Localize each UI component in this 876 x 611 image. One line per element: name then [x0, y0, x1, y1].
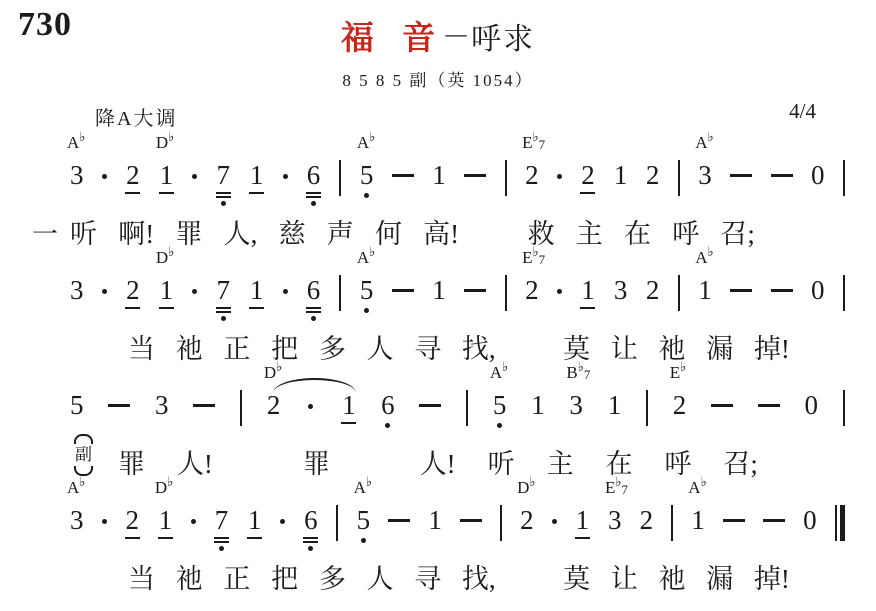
note-7: 7	[216, 275, 231, 321]
chord-label: D♭	[156, 249, 174, 271]
duration-dot	[308, 404, 313, 409]
note-underline	[159, 192, 174, 194]
note-underline	[158, 537, 173, 539]
chord-label: E♭7	[605, 479, 628, 501]
note-1: A♭1	[698, 275, 712, 305]
note-number: 3	[70, 160, 84, 190]
flat-sign: ♭	[707, 130, 713, 143]
lyric-syllable	[516, 557, 542, 596]
note-number: 1	[691, 505, 705, 535]
final-barline	[835, 505, 845, 541]
barline	[240, 390, 242, 426]
hymn-title-main: 福 音	[341, 21, 436, 57]
octave-dot	[221, 316, 226, 321]
note-1: 1	[341, 390, 356, 424]
chord-root: A	[357, 134, 369, 152]
dash-extender	[730, 289, 752, 292]
note-number: 2	[126, 160, 140, 190]
lyric-syllable: 把	[271, 557, 298, 596]
lyric-syllable: 让	[611, 327, 638, 366]
barline	[843, 390, 845, 426]
flat-sign: ♭	[366, 475, 372, 488]
note-underline	[216, 196, 231, 198]
lyric-syllable: 当	[128, 327, 155, 366]
note-number: 1	[531, 390, 545, 420]
note-1: 1	[432, 275, 446, 305]
flat-sign: ♭	[680, 360, 686, 373]
lyric-syllable: 让	[611, 557, 638, 596]
flat-sign: ♭	[79, 130, 85, 143]
lyric-syllable: 罪	[175, 212, 202, 251]
note-2: 2	[125, 505, 140, 539]
lyric-syllable: 正	[223, 327, 250, 366]
note-underline	[125, 192, 140, 194]
note-2: E♭72	[525, 275, 539, 305]
key-signature-label: 降A大调	[95, 102, 177, 131]
note-2: 2	[125, 275, 140, 309]
hymn-title-subname: 呼求	[471, 23, 535, 56]
slur-group: D♭21	[267, 390, 357, 424]
note-2: E♭72	[525, 160, 539, 190]
lyric-syllable: 呼	[664, 442, 691, 481]
dash-extender	[108, 404, 130, 407]
note-underline	[341, 422, 356, 424]
hymn-title: 福 音－呼求	[0, 12, 876, 59]
chord-label: A♭	[490, 364, 508, 386]
note-number: 5	[70, 390, 84, 420]
chord-root: D	[264, 364, 276, 382]
note-number: 3	[70, 505, 84, 535]
chord-label: A♭	[354, 479, 372, 501]
lyric-syllable: 人!	[177, 442, 213, 481]
refrain-marker: 副	[74, 434, 93, 476]
duration-dot	[102, 519, 107, 524]
flat-sign: ♭	[701, 475, 707, 488]
note-number: 1	[248, 505, 262, 535]
octave-dot	[221, 201, 226, 206]
lyric-syllable: 正	[223, 557, 250, 596]
note-number: 2	[126, 275, 140, 305]
note-3: 3	[614, 275, 628, 305]
octave-dot	[361, 538, 366, 543]
lyric-syllable: 召;	[723, 442, 758, 481]
chord-label: B♭7	[566, 364, 590, 386]
lyric-syllable	[245, 442, 271, 481]
verse-number: 一	[32, 214, 58, 251]
note-5: A♭5	[360, 160, 374, 198]
note-5: A♭5	[360, 275, 374, 313]
note-5: A♭5	[493, 390, 507, 428]
barline	[466, 390, 468, 426]
chord-root: E	[670, 364, 680, 382]
dash-extender	[392, 174, 414, 177]
chord-root: A	[695, 249, 707, 267]
dash-extender	[730, 174, 752, 177]
lyric-syllable: 祂	[176, 327, 203, 366]
flat-sign: ♭	[168, 245, 174, 258]
lyric-syllable: 寻	[414, 327, 441, 366]
duration-dot	[192, 289, 197, 294]
lyric-syllable: 罪	[118, 442, 145, 481]
note-3: A♭3	[70, 160, 84, 190]
note-number: 2	[640, 505, 654, 535]
octave-dot	[364, 308, 369, 313]
chord-label: D♭	[517, 479, 535, 501]
lyric-syllable: 祂	[658, 557, 685, 596]
note-1: 1	[249, 275, 264, 309]
barline	[678, 275, 680, 311]
note-0: 0	[811, 275, 825, 305]
chord-label: A♭	[357, 249, 375, 271]
note-2: D♭2	[520, 505, 534, 535]
note-5: A♭5	[357, 505, 371, 543]
lyric-syllable: 何	[375, 212, 402, 251]
note-underline	[303, 537, 318, 539]
chord-root: A	[688, 479, 700, 497]
note-number: 2	[581, 160, 595, 190]
lyric-syllable: 当	[128, 557, 155, 596]
lyrics-row-2: 当祂正把多人寻找,莫让祂漏掉!	[128, 327, 790, 366]
lyric-syllable: 主	[547, 442, 574, 481]
note-number: 1	[432, 160, 446, 190]
dash-extender	[771, 289, 793, 292]
flat-sign: ♭	[167, 475, 173, 488]
note-1: 1	[247, 505, 262, 539]
note-1: 1	[580, 275, 595, 309]
note-underline	[306, 196, 321, 198]
note-number: 3	[155, 390, 169, 420]
barline	[339, 160, 341, 196]
note-0: 0	[803, 505, 817, 535]
chord-label: A♭	[695, 249, 713, 271]
note-underline	[306, 311, 321, 313]
system-1: A♭32D♭1716A♭51E♭72212A♭30 一听啊!罪人,慈声何高!救主…	[70, 134, 845, 249]
note-underline	[216, 192, 231, 194]
note-number: 5	[357, 505, 371, 535]
lyric-syllable: 召;	[720, 212, 755, 251]
chord-root: D	[155, 479, 167, 497]
note-number: 1	[581, 275, 595, 305]
duration-dot	[102, 289, 107, 294]
note-number: 6	[304, 505, 318, 535]
note-underline	[580, 192, 595, 194]
refrain-marker-text: 副	[75, 444, 92, 466]
note-number: 6	[381, 390, 395, 420]
lyric-syllable: 啊!	[118, 212, 154, 251]
note-3: E♭73	[608, 505, 622, 535]
duration-dot	[280, 519, 285, 524]
chord-root: A	[354, 479, 366, 497]
chord-root: A	[67, 479, 79, 497]
note-6: 6	[381, 390, 395, 428]
lyric-syllable: 人,	[224, 212, 258, 251]
note-6: 6	[306, 160, 321, 206]
note-6: 6	[303, 505, 318, 551]
duration-dot	[557, 174, 562, 179]
chord-extension: 7	[539, 253, 546, 266]
chord-label: A♭	[688, 479, 706, 501]
notation-row-1: A♭32D♭1716A♭51E♭72212A♭30	[70, 134, 845, 206]
dash-extender	[464, 289, 486, 292]
lyric-syllable: 主	[576, 212, 603, 251]
notation-row-2: 32D♭1716A♭51E♭72132A♭10	[70, 249, 845, 321]
barline	[671, 505, 673, 541]
lyric-syllable: 人!	[420, 442, 456, 481]
note-underline	[216, 307, 231, 309]
note-3: A♭3	[698, 160, 712, 190]
chord-root: B	[566, 364, 577, 382]
barline	[505, 275, 507, 311]
note-number: 3	[698, 160, 712, 190]
duration-dot	[191, 519, 196, 524]
chord-label: E♭	[670, 364, 687, 386]
note-1: 1	[614, 160, 628, 190]
lyric-syllable: 掉!	[754, 557, 790, 596]
dash-extender	[711, 404, 733, 407]
note-1: D♭1	[159, 160, 174, 194]
flat-sign: ♭	[79, 475, 85, 488]
note-underline	[125, 537, 140, 539]
note-number: 2	[525, 160, 539, 190]
note-number: 0	[803, 505, 817, 535]
lyric-syllable: 罪	[303, 442, 330, 481]
lyric-syllable: 人	[367, 557, 394, 596]
paren-top-arc	[74, 434, 93, 444]
note-number: 2	[646, 275, 660, 305]
lyric-syllable	[480, 212, 506, 251]
lyrics-row-4: 当祂正把多人寻找,莫让祂漏掉!	[128, 557, 790, 596]
note-1: D♭1	[159, 275, 174, 309]
note-number: 2	[520, 505, 534, 535]
octave-dot	[311, 201, 316, 206]
note-number: 1	[159, 505, 173, 535]
flat-sign: ♭	[168, 130, 174, 143]
notation-row-4: A♭32D♭1716A♭51D♭21E♭732A♭10	[70, 479, 845, 551]
note-1: 1	[531, 390, 545, 420]
note-number: 1	[608, 390, 622, 420]
note-number: 2	[525, 275, 539, 305]
chord-extension: 7	[539, 138, 546, 151]
note-1: 1	[428, 505, 442, 535]
note-underline	[580, 307, 595, 309]
octave-dot	[308, 546, 313, 551]
duration-dot	[192, 174, 197, 179]
note-1: D♭1	[158, 505, 173, 539]
note-2: 2	[640, 505, 654, 535]
lyric-syllable: 寻	[414, 557, 441, 596]
lyric-syllable: 听	[488, 442, 515, 481]
chord-root: E	[522, 249, 532, 267]
octave-dot	[364, 193, 369, 198]
chord-label: E♭7	[522, 134, 545, 156]
barline	[505, 160, 507, 196]
barline	[646, 390, 648, 426]
duration-dot	[557, 289, 562, 294]
barline	[843, 275, 845, 311]
chord-extension: 7	[622, 483, 629, 496]
note-underline	[249, 192, 264, 194]
dash-extender	[419, 404, 441, 407]
note-number: 1	[160, 275, 174, 305]
barline	[339, 275, 341, 311]
chord-label: D♭	[264, 364, 282, 386]
chord-label: A♭	[357, 134, 375, 156]
chord-root: D	[156, 249, 168, 267]
note-underline	[125, 307, 140, 309]
lyric-syllable: 高!	[423, 212, 459, 251]
lyric-syllable: 慈	[279, 212, 306, 251]
note-7: 7	[214, 505, 229, 551]
duration-dot	[283, 289, 288, 294]
note-2: 2	[125, 160, 140, 194]
lyric-syllable: 祂	[176, 557, 203, 596]
note-number: 7	[215, 505, 229, 535]
lyric-syllable: 呼	[672, 212, 699, 251]
chord-extension: 7	[584, 368, 591, 381]
lyric-syllable: 漏	[706, 557, 733, 596]
chord-label: A♭	[67, 479, 85, 501]
note-1: A♭1	[691, 505, 705, 535]
note-number: 1	[428, 505, 442, 535]
note-number: 1	[576, 505, 590, 535]
flat-sign: ♭	[369, 245, 375, 258]
barline	[500, 505, 502, 541]
note-number: 2	[646, 160, 660, 190]
dash-extender	[460, 519, 482, 522]
note-1: 1	[432, 160, 446, 190]
lyric-syllable: 掉!	[754, 327, 790, 366]
barline	[843, 160, 845, 196]
note-underline	[159, 307, 174, 309]
note-number: 5	[360, 275, 374, 305]
hymn-title-dash: －	[442, 22, 470, 53]
note-number: 7	[216, 275, 230, 305]
note-2: D♭2	[267, 390, 281, 420]
note-underline	[306, 307, 321, 309]
chord-root: A	[490, 364, 502, 382]
notation-row-3: 53D♭216A♭51B♭731E♭20	[70, 364, 845, 436]
chord-label: A♭	[695, 134, 713, 156]
note-1: 1	[608, 390, 622, 420]
meter-and-source-line: 8 5 8 5 副（英 1054）	[0, 66, 876, 91]
dash-extender	[193, 404, 215, 407]
octave-dot	[497, 423, 502, 428]
lyric-syllable: 听	[70, 212, 97, 251]
note-underline	[214, 541, 229, 543]
lyric-syllable: 声	[327, 212, 354, 251]
chord-label: E♭7	[522, 249, 545, 271]
octave-dot	[219, 546, 224, 551]
note-underline	[216, 311, 231, 313]
note-number: 1	[614, 160, 628, 190]
lyric-syllable	[516, 327, 542, 366]
note-underline	[306, 192, 321, 194]
note-number: 1	[160, 160, 174, 190]
chord-root: E	[522, 134, 532, 152]
note-number: 2	[267, 390, 281, 420]
lyrics-row-3: 副罪人!罪人!听主在呼召;	[118, 442, 758, 481]
chord-root: E	[605, 479, 615, 497]
note-number: 2	[673, 390, 687, 420]
barline	[678, 160, 680, 196]
system-4: A♭32D♭1716A♭51D♭21E♭732A♭10 当祂正把多人寻找,莫让祂…	[70, 479, 845, 594]
lyric-syllable: 人	[367, 327, 394, 366]
note-number: 2	[125, 505, 139, 535]
flat-sign: ♭	[502, 360, 508, 373]
note-0: 0	[811, 160, 825, 190]
chord-root: A	[67, 134, 79, 152]
note-number: 0	[811, 275, 825, 305]
duration-dot	[552, 519, 557, 524]
octave-dot	[311, 316, 316, 321]
flat-sign: ♭	[369, 130, 375, 143]
duration-dot	[102, 174, 107, 179]
chord-label: D♭	[156, 134, 174, 156]
note-number: 0	[805, 390, 819, 420]
system-3: 53D♭216A♭51B♭731E♭20 副罪人!罪人!听主在呼召;	[70, 364, 845, 479]
note-number: 6	[307, 160, 321, 190]
final-barline-thin	[835, 505, 837, 541]
chord-root: A	[357, 249, 369, 267]
note-underline	[575, 537, 590, 539]
note-number: 3	[70, 275, 84, 305]
flat-sign: ♭	[276, 360, 282, 373]
time-signature: 4/4	[789, 99, 816, 124]
music-systems: A♭32D♭1716A♭51E♭72212A♭30 一听啊!罪人,慈声何高!救主…	[70, 134, 845, 594]
note-5: 5	[70, 390, 84, 420]
system-2: 32D♭1716A♭51E♭72132A♭10 当祂正把多人寻找,莫让祂漏掉!	[70, 249, 845, 364]
note-underline	[214, 537, 229, 539]
lyric-syllable: 找,	[462, 557, 496, 596]
flat-sign: ♭	[529, 475, 535, 488]
lyric-syllable: 多	[319, 327, 346, 366]
note-number: 1	[432, 275, 446, 305]
flat-sign: ♭	[707, 245, 713, 258]
note-3: A♭3	[70, 505, 84, 535]
lyric-syllable: 漏	[706, 327, 733, 366]
lyric-syllable: 莫	[563, 327, 590, 366]
lyric-syllable: 在	[624, 212, 651, 251]
duration-dot	[283, 174, 288, 179]
note-3: B♭73	[569, 390, 583, 420]
note-number: 3	[614, 275, 628, 305]
note-number: 3	[569, 390, 583, 420]
note-underline	[249, 307, 264, 309]
final-barline-thick	[840, 505, 845, 541]
note-3: 3	[70, 275, 84, 305]
note-number: 3	[608, 505, 622, 535]
note-6: 6	[306, 275, 321, 321]
lyric-syllable: 找,	[462, 327, 496, 366]
note-number: 5	[493, 390, 507, 420]
chord-label: A♭	[67, 134, 85, 156]
note-2: 2	[646, 275, 660, 305]
note-7: 7	[216, 160, 231, 206]
chord-label: D♭	[155, 479, 173, 501]
note-1: 1	[249, 160, 264, 194]
note-number: 1	[342, 390, 356, 420]
note-number: 7	[216, 160, 230, 190]
lyric-syllable: 莫	[563, 557, 590, 596]
chord-root: A	[695, 134, 707, 152]
dash-extender	[771, 174, 793, 177]
note-1: 1	[575, 505, 590, 539]
note-0: 0	[805, 390, 819, 420]
barline	[336, 505, 338, 541]
lyric-syllable: 多	[319, 557, 346, 596]
note-number: 1	[250, 160, 264, 190]
hymn-sheet-page: 730 福 音－呼求 8 5 8 5 副（英 1054） 降A大调 4/4 A♭…	[0, 0, 876, 611]
